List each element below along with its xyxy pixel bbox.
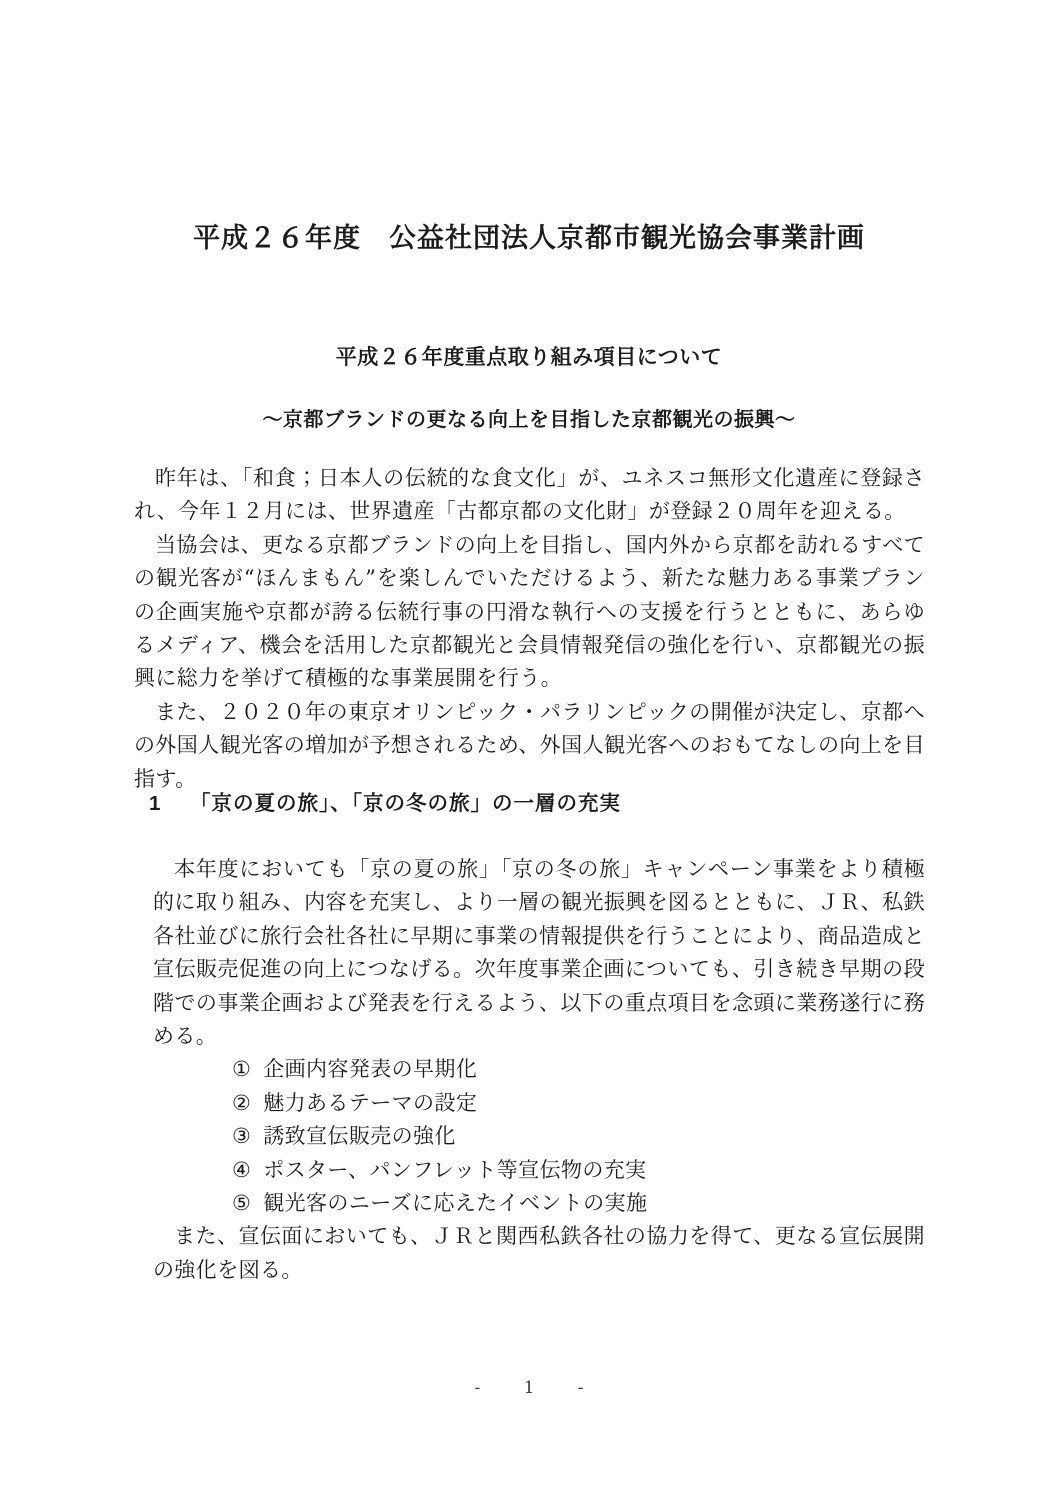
list-marker: ②: [232, 1087, 251, 1120]
list-item-text: ポスター、パンフレット等宣伝物の充実: [263, 1158, 646, 1182]
section-1-body: 本年度においても「京の夏の旅」「京の冬の旅」キャンペーン事業をより積極的に取り組…: [153, 853, 925, 1287]
list-item: ②魅力あるテーマの設定: [232, 1087, 925, 1120]
list-marker: ⑤: [232, 1187, 251, 1220]
list-item-text: 魅力あるテーマの設定: [263, 1091, 477, 1115]
page-number: - 1 -: [0, 1378, 1058, 1398]
intro-paragraphs: 昨年は、「和食；日本人の伝統的な食文化」が、ユネスコ無形文化遺産に登録され、今年…: [134, 462, 925, 796]
list-marker: ③: [232, 1120, 251, 1153]
list-item: ④ポスター、パンフレット等宣伝物の充実: [232, 1154, 925, 1187]
document-catchphrase: ～京都ブランドの更なる向上を目指した京都観光の振興～: [0, 403, 1058, 432]
list-item-text: 観光客のニーズに応えたイベントの実施: [263, 1191, 647, 1215]
section-1-paragraph: 本年度においても「京の夏の旅」「京の冬の旅」キャンペーン事業をより積極的に取り組…: [153, 853, 925, 1053]
document-subtitle: 平成２６年度重点取り組み項目について: [0, 341, 1058, 371]
list-marker: ①: [232, 1053, 251, 1086]
priority-item-list: ①企画内容発表の早期化 ②魅力あるテーマの設定 ③誘致宣伝販売の強化 ④ポスター…: [153, 1053, 925, 1220]
intro-paragraph-1: 昨年は、「和食；日本人の伝統的な食文化」が、ユネスコ無形文化遺産に登録され、今年…: [134, 462, 925, 529]
section-1-title: 「京の夏の旅」、「京の冬の旅」の一層の充実: [190, 792, 621, 815]
document-page: 平成２６年度 公益社団法人京都市観光協会事業計画 平成２６年度重点取り組み項目に…: [0, 0, 1058, 1497]
list-item: ①企画内容発表の早期化: [232, 1053, 925, 1086]
list-item-text: 誘致宣伝販売の強化: [263, 1124, 456, 1148]
section-1-heading: 1「京の夏の旅」、「京の冬の旅」の一層の充実: [149, 786, 621, 816]
section-1-closing-paragraph: また、宣伝面においても、ＪＲと関西私鉄各社の協力を得て、更なる宣伝展開の強化を図…: [153, 1220, 925, 1287]
intro-paragraph-3: また、２０２０年の東京オリンピック・パラリンピックの開催が決定し、京都への外国人…: [134, 696, 925, 796]
list-item: ⑤観光客のニーズに応えたイベントの実施: [232, 1187, 925, 1220]
document-title: 平成２６年度 公益社団法人京都市観光協会事業計画: [0, 216, 1058, 255]
list-marker: ④: [232, 1154, 251, 1187]
intro-paragraph-2: 当協会は、更なる京都ブランドの向上を目指し、国内外から京都を訪れるすべての観光客…: [134, 529, 925, 696]
list-item-text: 企画内容発表の早期化: [263, 1057, 477, 1081]
list-item: ③誘致宣伝販売の強化: [232, 1120, 925, 1153]
section-1-number: 1: [149, 792, 190, 816]
